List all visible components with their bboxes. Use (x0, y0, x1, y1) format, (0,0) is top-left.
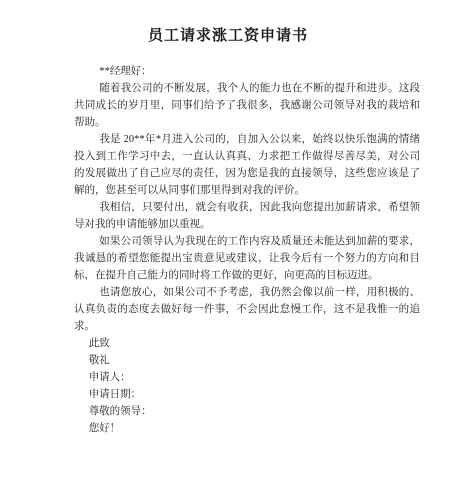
document-page: 员工请求涨工资申请书 **经理好： 随着我公司的不断发展，我个人的能力也在不断的… (0, 0, 456, 500)
paragraph-reassurance: 也请您放心，如果公司不予考虑，我仍然会像以前一样，用积极的、认真负责的态度去做好… (74, 284, 420, 335)
closing-salutation: 尊敬的领导： (74, 403, 420, 420)
closing-cizhi: 此致 (74, 335, 420, 352)
closing-date-label: 申请日期： (74, 386, 420, 403)
greeting-line: **经理好： (74, 63, 420, 80)
closing-hello: 您好！ (74, 420, 420, 437)
paragraph-work-attitude: 我是 20**年*月进入公司的，自加入公以来，始终以快乐饱满的情绪投入到工作学习… (74, 131, 420, 199)
paragraph-raise-request: 我相信，只要付出，就会有收获，因此我向您提出加薪请求，希望领导对我的申请能够加以… (74, 199, 420, 233)
document-body: **经理好： 随着我公司的不断发展，我个人的能力也在不断的提升和进步。这段共同成… (74, 63, 420, 437)
document-title: 员工请求涨工资申请书 (0, 0, 456, 46)
paragraph-feedback-request: 如果公司领导认为我现在的工作内容及质量还未能达到加薪的要求，我诚恳的希望您能提出… (74, 233, 420, 284)
closing-jingli: 敬礼 (74, 352, 420, 369)
closing-applicant-label: 申请人： (74, 369, 420, 386)
paragraph-company-growth: 随着我公司的不断发展，我个人的能力也在不断的提升和进步。这段共同成长的岁月里，同… (74, 80, 420, 131)
